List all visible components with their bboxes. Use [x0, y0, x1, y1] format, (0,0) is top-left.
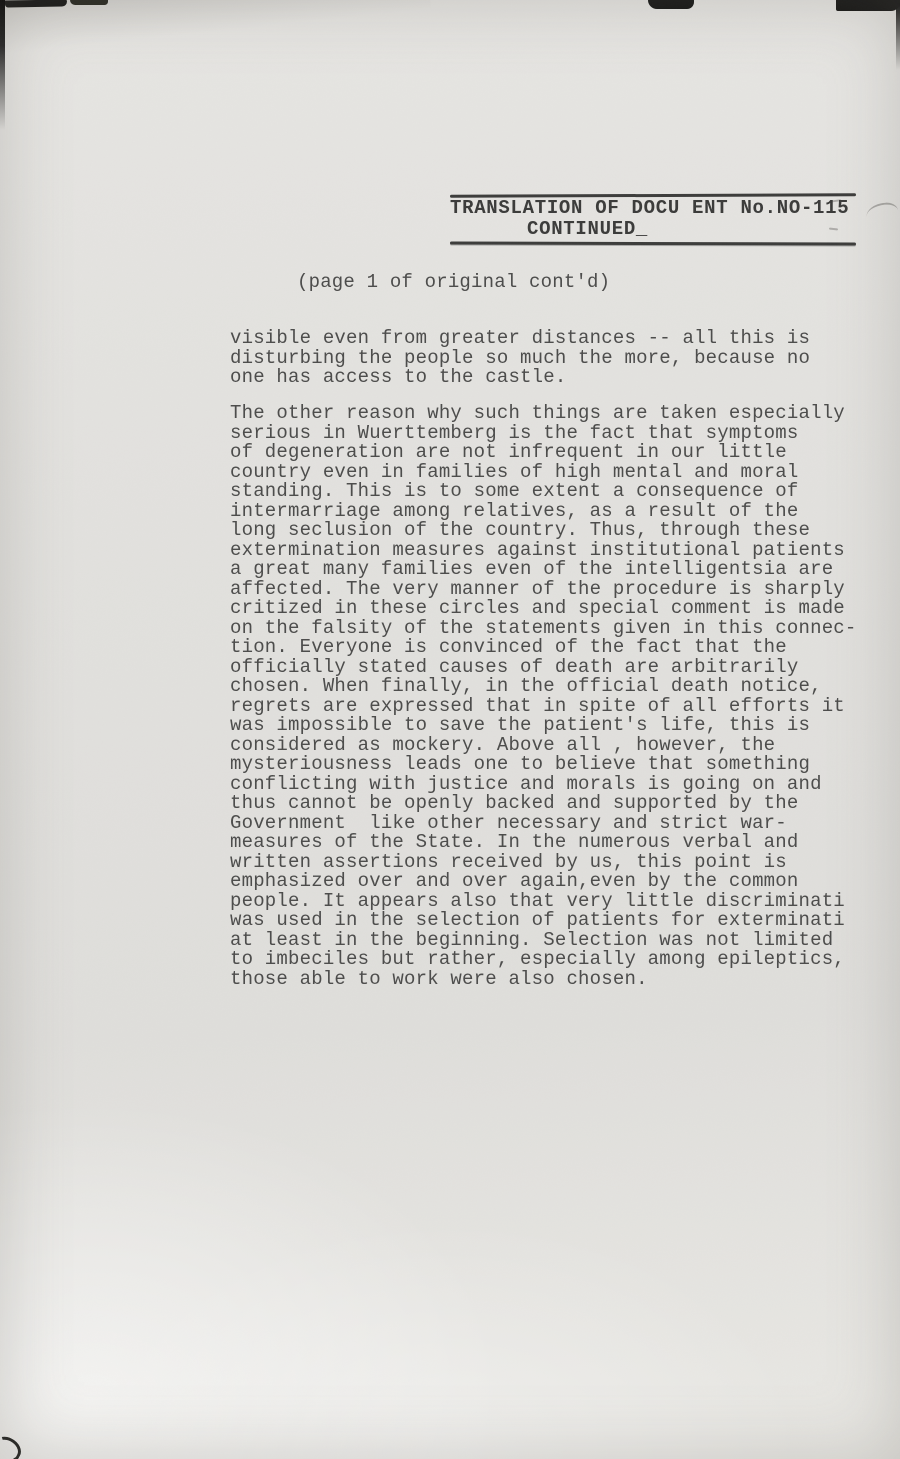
header-rule-bottom — [450, 241, 856, 245]
paragraph-2: The other reason why such things are tak… — [230, 404, 857, 989]
header-subtitle: CONTINUED_ — [450, 219, 856, 240]
paragraph-1: visible even from greater distances -- a… — [230, 329, 810, 388]
scanned-page: TRANSLATION OF DOCU ENT No.NO-115 CONTIN… — [0, 0, 900, 1459]
header-title: TRANSLATION OF DOCU ENT No.NO-115 — [450, 197, 856, 219]
typewritten-layer: TRANSLATION OF DOCU ENT No.NO-115 CONTIN… — [0, 0, 900, 1459]
document-header: TRANSLATION OF DOCU ENT No.NO-115 CONTIN… — [450, 194, 856, 245]
page-note: (page 1 of original cont'd) — [297, 271, 610, 293]
